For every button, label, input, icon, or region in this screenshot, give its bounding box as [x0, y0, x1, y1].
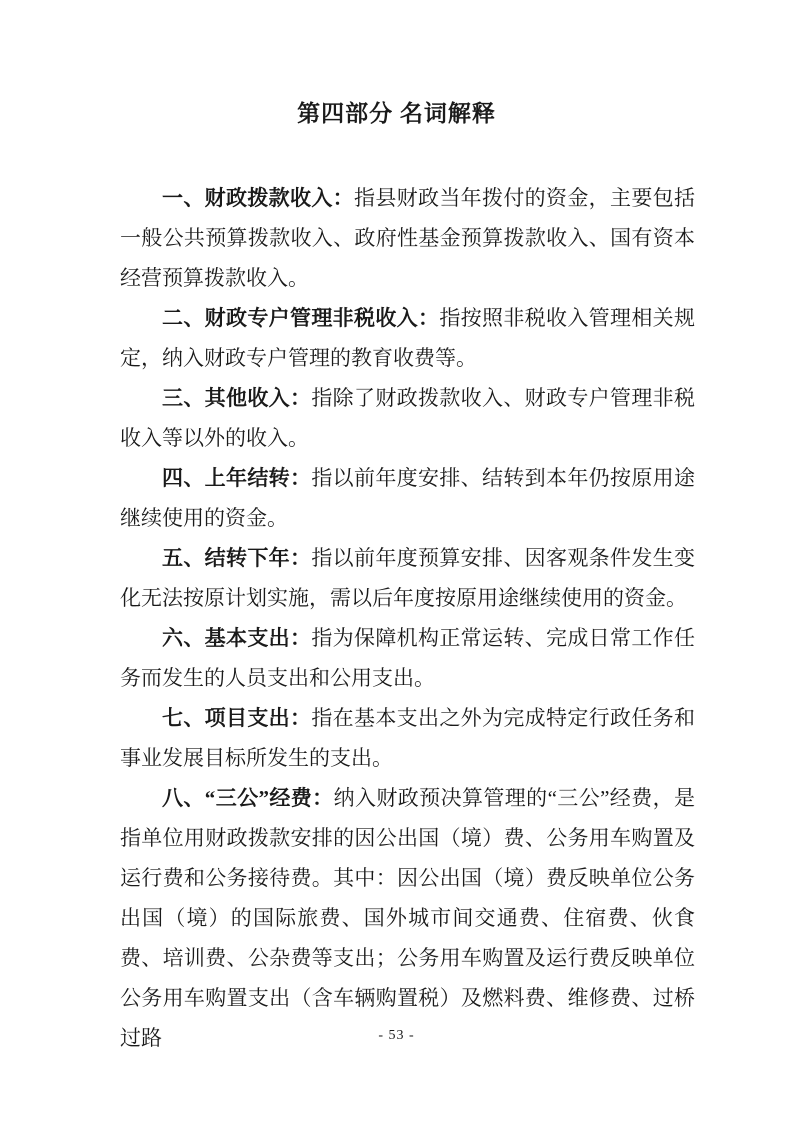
glossary-item-4: 四、上年结转：指以前年度安排、结转到本年仍按原用途继续使用的资金。: [120, 458, 695, 538]
glossary-term-6: 六、基本支出：: [162, 626, 311, 650]
glossary-term-2: 二、财政专户管理非税收入：: [162, 306, 439, 330]
glossary-item-6: 六、基本支出：指为保障机构正常运转、完成日常工作任务而发生的人员支出和公用支出。: [120, 618, 695, 698]
glossary-item-1: 一、财政拨款收入：指县财政当年拨付的资金，主要包括一般公共预算拨款收入、政府性基…: [120, 178, 695, 298]
glossary-body: 一、财政拨款收入：指县财政当年拨付的资金，主要包括一般公共预算拨款收入、政府性基…: [120, 178, 695, 1058]
page-title: 第四部分 名词解释: [0, 0, 793, 131]
glossary-item-8: 八、“三公”经费：纳入财政预决算管理的“三公”经费，是指单位用财政拨款安排的因公…: [120, 778, 695, 1058]
glossary-item-3: 三、其他收入：指除了财政拨款收入、财政专户管理非税收入等以外的收入。: [120, 378, 695, 458]
glossary-term-8: 八、“三公”经费：: [162, 786, 334, 810]
glossary-term-3: 三、其他收入：: [162, 386, 311, 410]
glossary-item-5: 五、结转下年：指以前年度预算安排、因客观条件发生变化无法按原计划实施，需以后年度…: [120, 538, 695, 618]
glossary-term-1: 一、财政拨款收入：: [162, 186, 354, 210]
glossary-term-4: 四、上年结转：: [162, 466, 311, 490]
document-page: 第四部分 名词解释 一、财政拨款收入：指县财政当年拨付的资金，主要包括一般公共预…: [0, 0, 793, 1122]
glossary-item-7: 七、项目支出：指在基本支出之外为完成特定行政任务和事业发展目标所发生的支出。: [120, 698, 695, 778]
glossary-term-7: 七、项目支出：: [162, 706, 311, 730]
glossary-term-5: 五、结转下年：: [162, 546, 311, 570]
glossary-definition-8: 纳入财政预决算管理的“三公”经费，是指单位用财政拨款安排的因公出国（境）费、公务…: [120, 786, 695, 1050]
page-number: - 53 -: [0, 1028, 793, 1044]
glossary-item-2: 二、财政专户管理非税收入：指按照非税收入管理相关规定，纳入财政专户管理的教育收费…: [120, 298, 695, 378]
